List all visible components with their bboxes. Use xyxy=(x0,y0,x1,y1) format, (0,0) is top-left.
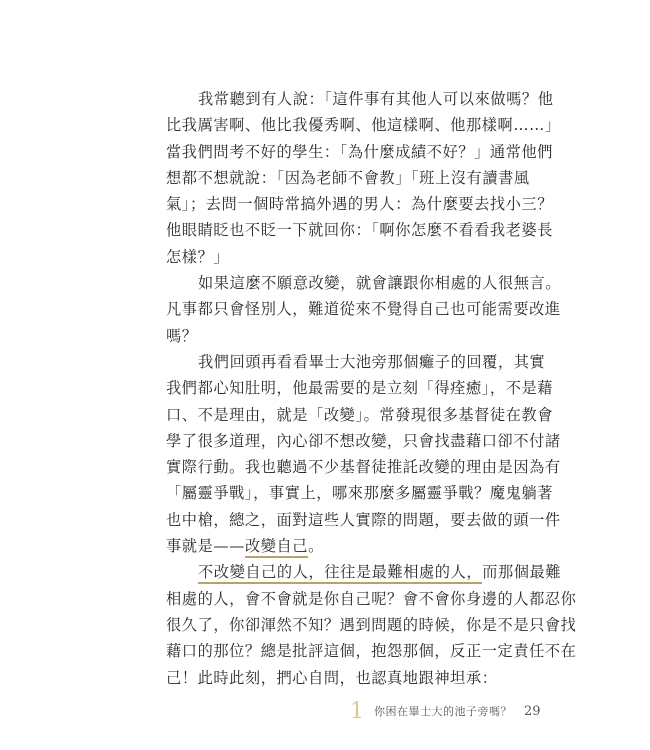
text-line: 我常聽到有人說：「這件事有其他人可以來做嗎？他 xyxy=(166,86,488,112)
text-line: 相處的人，會不會就是你自己呢？會不會你身邊的人都忍你 xyxy=(166,586,488,612)
text-fragment: 。 xyxy=(308,537,324,555)
chapter-marker: 1 xyxy=(350,699,364,724)
text-line: 怎樣？」 xyxy=(166,244,488,270)
text-fragment: 而那個最難 xyxy=(482,563,561,581)
book-page: 我常聽到有人說：「這件事有其他人可以來做嗎？他 比我厲害啊、他比我優秀啊、他這樣… xyxy=(0,0,650,750)
text-line-emphasis: 事就是——改變自己。 xyxy=(166,533,488,559)
text-line-emphasis: 不改變自己的人，往往是最難相處的人，而那個最難 xyxy=(166,559,488,585)
text-line: 想都不想就說：「因為老師不會教」「班上沒有讀書風 xyxy=(166,165,488,191)
text-line: 我們回頭再看看畢士大池旁那個癱子的回覆，其實 xyxy=(166,349,488,375)
text-line: 己！此時此刻，捫心自問，也認真地跟神坦承： xyxy=(166,665,488,691)
underlined-phrase: 改變自己 xyxy=(245,537,308,558)
text-line: 氣」；去問一個時常搞外遇的男人：為什麼要去找小三？ xyxy=(166,191,488,217)
text-line: 如果這麼不願意改變，就會讓跟你相處的人很無言。 xyxy=(166,270,488,296)
text-line: 當我們問考不好的學生：「為什麼成績不好？」通常他們 xyxy=(166,139,488,165)
page-number: 29 xyxy=(524,704,541,719)
underlined-phrase: 不改變自己的人，往往是最難相處的人， xyxy=(198,563,482,584)
body-text: 我常聽到有人說：「這件事有其他人可以來做嗎？他 比我厲害啊、他比我優秀啊、他這樣… xyxy=(166,86,488,691)
text-line: 藉口的那位？總是批評這個，抱怨那個，反正一定責任不在 xyxy=(166,638,488,664)
text-line: 學了很多道理，內心卻不想改變，只會找盡藉口卻不付諸 xyxy=(166,428,488,454)
text-line: 凡事都只會怪別人，難道從來不覺得自己也可能需要改進 xyxy=(166,296,488,322)
text-line: 嗎？ xyxy=(166,323,488,349)
text-line: 實際行動。我也聽過不少基督徒推託改變的理由是因為有 xyxy=(166,454,488,480)
text-line: 口、不是理由，就是「改變」。常發現很多基督徒在教會 xyxy=(166,402,488,428)
text-line: 比我厲害啊、他比我優秀啊、他這樣啊、他那樣啊……」 xyxy=(166,112,488,138)
text-line: 我們都心知肚明，他最需要的是立刻「得痊癒」，不是藉 xyxy=(166,375,488,401)
text-fragment: 事就是—— xyxy=(166,537,245,555)
page-footer: 1 你困在畢士大的池子旁嗎？ 29 xyxy=(350,698,541,724)
text-line: 他眼睛眨也不眨一下就回你：「啊你怎麼不看看我老婆長 xyxy=(166,217,488,243)
text-line: 「屬靈爭戰」，事實上，哪來那麼多屬靈爭戰？魔鬼躺著 xyxy=(166,480,488,506)
text-line: 很久了，你卻渾然不知？遇到問題的時候，你是不是只會找 xyxy=(166,612,488,638)
text-line: 也中槍，總之，面對這些人實際的問題，要去做的頭一件 xyxy=(166,507,488,533)
running-title: 你困在畢士大的池子旁嗎？ xyxy=(374,703,512,719)
